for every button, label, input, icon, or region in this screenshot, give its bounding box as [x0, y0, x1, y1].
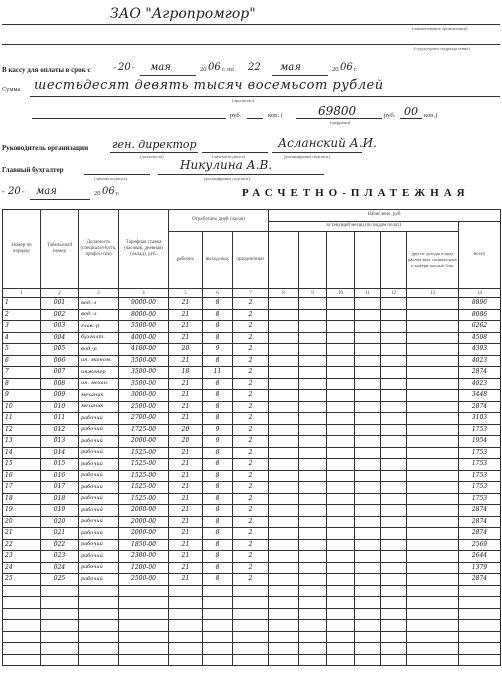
- cell-row-number: 24: [3, 562, 41, 574]
- cell-col-11: [355, 585, 381, 597]
- cell-row-number: 12: [3, 424, 41, 436]
- table-row: 20020рабочий2000-0021822874: [3, 516, 501, 528]
- header-col-10: [327, 232, 355, 289]
- cell-row-number: [3, 585, 41, 597]
- cell-col-9: [299, 413, 327, 425]
- cell-holidays: 2: [233, 436, 269, 448]
- cell-tab-number: 019: [41, 505, 79, 517]
- cell-working-days: [169, 631, 203, 643]
- cell-days-off: 8: [203, 528, 233, 540]
- cell-other-income: [407, 321, 459, 333]
- cell-tariff-rate: 1850-00: [119, 539, 169, 551]
- cell-position: [79, 643, 119, 655]
- cell-col-9: [299, 321, 327, 333]
- cell-col-8: [269, 355, 299, 367]
- cell-col-10: [327, 413, 355, 425]
- cell-tab-number: 023: [41, 551, 79, 563]
- table-row: 1001вод.-л9000-0021828896: [3, 298, 501, 310]
- cell-col-11: [355, 505, 381, 517]
- cell-working-days: 21: [169, 528, 203, 540]
- cell-other-income: [407, 413, 459, 425]
- cell-position: [79, 654, 119, 666]
- cell-col-10: [327, 528, 355, 540]
- cell-position: [79, 620, 119, 632]
- cell-days-off: 8: [203, 539, 233, 551]
- cell-total: [459, 585, 501, 597]
- from-year: 06: [208, 62, 221, 73]
- header-accrued-group: Начислено, руб.: [269, 210, 501, 222]
- cell-total: 6262: [459, 321, 501, 333]
- cell-tariff-rate: 2000-00: [119, 516, 169, 528]
- colnum: 13: [407, 289, 459, 298]
- cell-tariff-rate: [119, 608, 169, 620]
- cell-col-12: [381, 321, 407, 333]
- cell-holidays: [233, 654, 269, 666]
- cell-working-days: 21: [169, 562, 203, 574]
- cell-col-12: [381, 505, 407, 517]
- from-year-prefix: 20: [200, 66, 207, 73]
- header-worked-days-group: Отработано дней (часов): [169, 210, 269, 232]
- cell-days-off: 8: [203, 493, 233, 505]
- cell-col-8: [269, 597, 299, 609]
- cell-total: 2644: [459, 551, 501, 563]
- cell-working-days: [169, 585, 203, 597]
- table-row: 22022рабочий1850-0021822569: [3, 539, 501, 551]
- cell-working-days: 18: [169, 367, 203, 379]
- accountant-signature-line: [84, 174, 150, 175]
- cell-tab-number: 007: [41, 367, 79, 379]
- kop-label-2: коп.): [424, 112, 437, 119]
- cell-col-9: [299, 516, 327, 528]
- cell-col-9: [299, 401, 327, 413]
- cell-total: 1753: [459, 424, 501, 436]
- cell-other-income: [407, 482, 459, 494]
- organization-name: ЗАО "Агропромгор": [110, 6, 256, 22]
- cell-row-number: 10: [3, 401, 41, 413]
- table-row-empty: [3, 631, 501, 643]
- cell-days-off: 9: [203, 424, 233, 436]
- cell-holidays: [233, 597, 269, 609]
- cell-working-days: 21: [169, 493, 203, 505]
- cell-col-12: [381, 367, 407, 379]
- cell-tab-number: [41, 631, 79, 643]
- table-row: 7007инженер3500-00181122874: [3, 367, 501, 379]
- cell-row-number: 18: [3, 493, 41, 505]
- cell-row-number: 22: [3, 539, 41, 551]
- cell-col-12: [381, 482, 407, 494]
- cell-working-days: 21: [169, 551, 203, 563]
- sum-label: Сумма: [2, 86, 20, 93]
- cell-holidays: 2: [233, 539, 269, 551]
- cell-tab-number: 015: [41, 459, 79, 471]
- cell-working-days: 21: [169, 401, 203, 413]
- cell-other-income: [407, 344, 459, 356]
- cell-other-income: [407, 597, 459, 609]
- table-row-empty: [3, 597, 501, 609]
- table-row-empty: [3, 620, 501, 632]
- cell-days-off: 8: [203, 447, 233, 459]
- cell-working-days: 21: [169, 470, 203, 482]
- cell-days-off: 11: [203, 367, 233, 379]
- cell-col-10: [327, 643, 355, 655]
- cell-days-off: 8: [203, 505, 233, 517]
- cell-holidays: 2: [233, 482, 269, 494]
- cell-other-income: [407, 505, 459, 517]
- cell-tariff-rate: 1725-00: [119, 424, 169, 436]
- cell-col-10: [327, 516, 355, 528]
- cell-other-income: [407, 620, 459, 632]
- header-col-12: [381, 232, 407, 289]
- cell-tab-number: [41, 585, 79, 597]
- header-other-income: другие доходы в виде различ-ных социаль-…: [407, 232, 459, 289]
- cell-row-number: 6: [3, 355, 41, 367]
- cell-col-12: [381, 436, 407, 448]
- table-row: 3003глав.-р5500-0021826262: [3, 321, 501, 333]
- cell-total: 2874: [459, 528, 501, 540]
- cell-total: 4023: [459, 378, 501, 390]
- cell-col-11: [355, 424, 381, 436]
- head-label: Руководитель организации: [2, 144, 88, 152]
- table-row: 24024рабочий1200-0021821379: [3, 562, 501, 574]
- to-month-underline: [272, 75, 328, 76]
- table-row: 5005вод.-р4100-0020924393: [3, 344, 501, 356]
- cell-position: [79, 597, 119, 609]
- doc-year: 06: [102, 186, 115, 197]
- cell-position: рабочий: [79, 470, 119, 482]
- cell-col-12: [381, 424, 407, 436]
- cell-tariff-rate: 1525-00: [119, 493, 169, 505]
- cell-col-11: [355, 378, 381, 390]
- header-holidays: праздничных: [233, 232, 269, 289]
- from-day: 20: [118, 62, 131, 73]
- cell-days-off: 9: [203, 436, 233, 448]
- colnum: 9: [299, 289, 327, 298]
- cell-tariff-rate: 2700-00: [119, 413, 169, 425]
- cell-position: [79, 585, 119, 597]
- cell-col-10: [327, 597, 355, 609]
- cell-tariff-rate: 1525-00: [119, 447, 169, 459]
- cell-tab-number: 009: [41, 390, 79, 402]
- cell-row-number: 23: [3, 551, 41, 563]
- cell-other-income: [407, 355, 459, 367]
- cell-col-12: [381, 401, 407, 413]
- cell-working-days: 20: [169, 424, 203, 436]
- to-year-prefix: 20: [332, 66, 339, 73]
- cell-col-8: [269, 551, 299, 563]
- head-signature-line: [202, 152, 268, 153]
- cell-row-number: 1: [3, 298, 41, 310]
- document-title: РАСЧЕТНО-ПЛАТЕЖНАЯ: [242, 187, 470, 199]
- cell-col-11: [355, 436, 381, 448]
- sum-words: шестьдесят девять тысяч восемьсот рублей: [34, 78, 384, 93]
- cell-col-11: [355, 528, 381, 540]
- cell-position: бухгалт.: [79, 332, 119, 344]
- to-year: 06: [340, 62, 353, 73]
- cell-col-11: [355, 493, 381, 505]
- cell-working-days: 21: [169, 355, 203, 367]
- cell-col-10: [327, 505, 355, 517]
- cell-days-off: 8: [203, 516, 233, 528]
- cell-days-off: 8: [203, 378, 233, 390]
- cell-working-days: 21: [169, 482, 203, 494]
- table-row: 6006ин. эконом.3500-0021824023: [3, 355, 501, 367]
- cell-row-number: [3, 654, 41, 666]
- cell-other-income: [407, 585, 459, 597]
- cell-total: 3103: [459, 413, 501, 425]
- cell-tariff-rate: 3500-00: [119, 378, 169, 390]
- cell-row-number: 7: [3, 367, 41, 379]
- cell-tariff-rate: 1525-00: [119, 459, 169, 471]
- cell-row-number: [3, 608, 41, 620]
- cell-col-11: [355, 298, 381, 310]
- cell-position: рабочий: [79, 574, 119, 586]
- cell-col-8: [269, 643, 299, 655]
- colnum: 3: [79, 289, 119, 298]
- cell-holidays: 2: [233, 413, 269, 425]
- cell-row-number: 25: [3, 574, 41, 586]
- colnum: 4: [119, 289, 169, 298]
- cell-col-8: [269, 459, 299, 471]
- cell-days-off: [203, 608, 233, 620]
- cell-col-10: [327, 608, 355, 620]
- sum-words-caption: (прописью): [232, 98, 254, 103]
- colnum: 11: [355, 289, 381, 298]
- cell-position: механик: [79, 401, 119, 413]
- organization-caption: (наименование организации): [412, 26, 467, 31]
- cell-col-9: [299, 631, 327, 643]
- cell-days-off: [203, 643, 233, 655]
- cell-row-number: 9: [3, 390, 41, 402]
- cell-tab-number: [41, 620, 79, 632]
- cell-tariff-rate: [119, 620, 169, 632]
- cell-working-days: 21: [169, 539, 203, 551]
- end-suffix: г.: [354, 66, 358, 73]
- cell-col-11: [355, 516, 381, 528]
- table-row: 25025рабочий2500-0021822874: [3, 574, 501, 586]
- cell-other-income: [407, 447, 459, 459]
- cell-col-9: [299, 447, 327, 459]
- cell-col-9: [299, 390, 327, 402]
- cell-holidays: 2: [233, 493, 269, 505]
- cell-col-10: [327, 309, 355, 321]
- cell-total: 1753: [459, 447, 501, 459]
- cell-days-off: 8: [203, 390, 233, 402]
- organization-underline: [2, 24, 500, 25]
- cell-holidays: [233, 631, 269, 643]
- cell-col-8: [269, 528, 299, 540]
- cell-tariff-rate: 2300-00: [119, 551, 169, 563]
- cell-tab-number: 018: [41, 493, 79, 505]
- header-position: Должность (специаль-ность, профес-сия): [79, 210, 119, 289]
- cell-position: ин. эконом.: [79, 355, 119, 367]
- header-tariff-rate: Тарифная ставка (часовая, дневная) (окла…: [119, 210, 169, 289]
- cell-days-off: 8: [203, 562, 233, 574]
- table-row: 19019рабочий2000-0021822874: [3, 505, 501, 517]
- cell-col-8: [269, 436, 299, 448]
- cell-other-income: [407, 424, 459, 436]
- cell-col-9: [299, 378, 327, 390]
- cell-col-12: [381, 631, 407, 643]
- cell-col-11: [355, 367, 381, 379]
- cell-col-12: [381, 309, 407, 321]
- cell-col-10: [327, 620, 355, 632]
- cell-position: ин. механ.: [79, 378, 119, 390]
- cell-row-number: 8: [3, 378, 41, 390]
- cell-working-days: 21: [169, 413, 203, 425]
- cell-col-11: [355, 332, 381, 344]
- cell-days-off: [203, 654, 233, 666]
- cell-position: вод.-л: [79, 309, 119, 321]
- cell-row-number: 14: [3, 447, 41, 459]
- cell-col-10: [327, 551, 355, 563]
- cell-col-11: [355, 447, 381, 459]
- cell-days-off: 8: [203, 574, 233, 586]
- cell-col-9: [299, 298, 327, 310]
- cell-days-off: 8: [203, 321, 233, 333]
- table-row: 17017рабочий1525-0021821753: [3, 482, 501, 494]
- accountant-name-caption: (расшифровка подписи): [204, 176, 250, 181]
- rub-label: руб.: [230, 112, 241, 119]
- cell-position: рабочий: [79, 413, 119, 425]
- table-row: 14014рабочий1525-0021821753: [3, 447, 501, 459]
- cell-total: 2874: [459, 505, 501, 517]
- table-row: 23023рабочий2300-0021822644: [3, 551, 501, 563]
- cell-row-number: 17: [3, 482, 41, 494]
- cell-col-10: [327, 585, 355, 597]
- cell-col-9: [299, 562, 327, 574]
- cell-position: рабочий: [79, 447, 119, 459]
- cell-col-9: [299, 505, 327, 517]
- cell-tariff-rate: 5500-00: [119, 321, 169, 333]
- cell-total: 2874: [459, 516, 501, 528]
- cell-tariff-rate: 3500-00: [119, 367, 169, 379]
- payment-period-label: В кассу для оплаты в срок с: [2, 66, 91, 74]
- cell-tab-number: 006: [41, 355, 79, 367]
- cell-tab-number: 016: [41, 470, 79, 482]
- cell-total: 1753: [459, 482, 501, 494]
- table-row: 15015рабочий1525-0021821753: [3, 459, 501, 471]
- header-current-month-group: за текущий месяц (по видам оплат): [269, 222, 459, 232]
- column-numbers-row: 1 2 3 4 5 6 7 8 9 10 11 12 13 14: [3, 289, 501, 298]
- cell-tab-number: 013: [41, 436, 79, 448]
- cell-row-number: 20: [3, 516, 41, 528]
- header-col-9: [299, 232, 327, 289]
- cell-col-9: [299, 482, 327, 494]
- cell-other-income: [407, 643, 459, 655]
- doc-day: 20: [8, 186, 21, 197]
- cell-holidays: 2: [233, 574, 269, 586]
- cell-position: глав.-р: [79, 321, 119, 333]
- cell-col-11: [355, 597, 381, 609]
- head-position-caption: (должность): [140, 154, 164, 159]
- cell-col-11: [355, 539, 381, 551]
- cell-col-12: [381, 298, 407, 310]
- cell-col-9: [299, 459, 327, 471]
- cell-col-10: [327, 539, 355, 551]
- cell-holidays: 2: [233, 505, 269, 517]
- cell-col-9: [299, 654, 327, 666]
- cell-total: 8086: [459, 309, 501, 321]
- cell-tariff-rate: [119, 597, 169, 609]
- cell-col-12: [381, 355, 407, 367]
- cell-col-11: [355, 574, 381, 586]
- cell-days-off: 8: [203, 309, 233, 321]
- cell-tab-number: 025: [41, 574, 79, 586]
- cell-col-8: [269, 482, 299, 494]
- rub-label-2: руб.: [384, 112, 395, 119]
- cell-other-income: [407, 298, 459, 310]
- cell-working-days: [169, 643, 203, 655]
- cell-tab-number: 004: [41, 332, 79, 344]
- cell-other-income: [407, 332, 459, 344]
- cell-col-9: [299, 528, 327, 540]
- cell-col-8: [269, 447, 299, 459]
- cell-col-9: [299, 436, 327, 448]
- cell-col-8: [269, 413, 299, 425]
- cell-col-9: [299, 332, 327, 344]
- cell-other-income: [407, 608, 459, 620]
- cell-other-income: [407, 390, 459, 402]
- head-name-caption: (расшифровка подписи): [284, 154, 330, 159]
- cell-col-8: [269, 390, 299, 402]
- cell-other-income: [407, 470, 459, 482]
- cell-col-11: [355, 643, 381, 655]
- cell-total: 1954: [459, 436, 501, 448]
- kop-digits-underline: [400, 118, 422, 119]
- cell-row-number: [3, 597, 41, 609]
- cell-col-10: [327, 470, 355, 482]
- cell-col-11: [355, 620, 381, 632]
- doc-month-underline: [30, 199, 90, 200]
- cell-tariff-rate: 2500-00: [119, 574, 169, 586]
- cell-working-days: 21: [169, 574, 203, 586]
- cell-col-11: [355, 309, 381, 321]
- cell-other-income: [407, 367, 459, 379]
- cell-col-12: [381, 390, 407, 402]
- cell-total: 1753: [459, 493, 501, 505]
- cell-position: рабочий: [79, 528, 119, 540]
- cell-col-11: [355, 551, 381, 563]
- cell-holidays: 2: [233, 344, 269, 356]
- cell-holidays: [233, 620, 269, 632]
- cell-col-8: [269, 620, 299, 632]
- cell-total: [459, 643, 501, 655]
- cell-row-number: 5: [3, 344, 41, 356]
- cell-tab-number: [41, 608, 79, 620]
- cell-col-12: [381, 378, 407, 390]
- cell-col-11: [355, 321, 381, 333]
- cell-col-12: [381, 562, 407, 574]
- cell-tab-number: 010: [41, 401, 79, 413]
- cell-col-8: [269, 470, 299, 482]
- sum-words-underline-2: [32, 118, 226, 119]
- table-row-empty: [3, 585, 501, 597]
- cell-position: рабочий: [79, 562, 119, 574]
- doc-year-prefix: 20: [94, 190, 101, 197]
- cell-row-number: [3, 620, 41, 632]
- cell-days-off: 8: [203, 332, 233, 344]
- cell-other-income: [407, 459, 459, 471]
- kop-digits: 00: [404, 105, 418, 118]
- cell-col-12: [381, 516, 407, 528]
- cell-col-12: [381, 643, 407, 655]
- cell-col-9: [299, 620, 327, 632]
- cell-col-9: [299, 470, 327, 482]
- colnum: 12: [381, 289, 407, 298]
- cell-col-8: [269, 332, 299, 344]
- header-total: всего: [459, 222, 501, 289]
- colnum: 7: [233, 289, 269, 298]
